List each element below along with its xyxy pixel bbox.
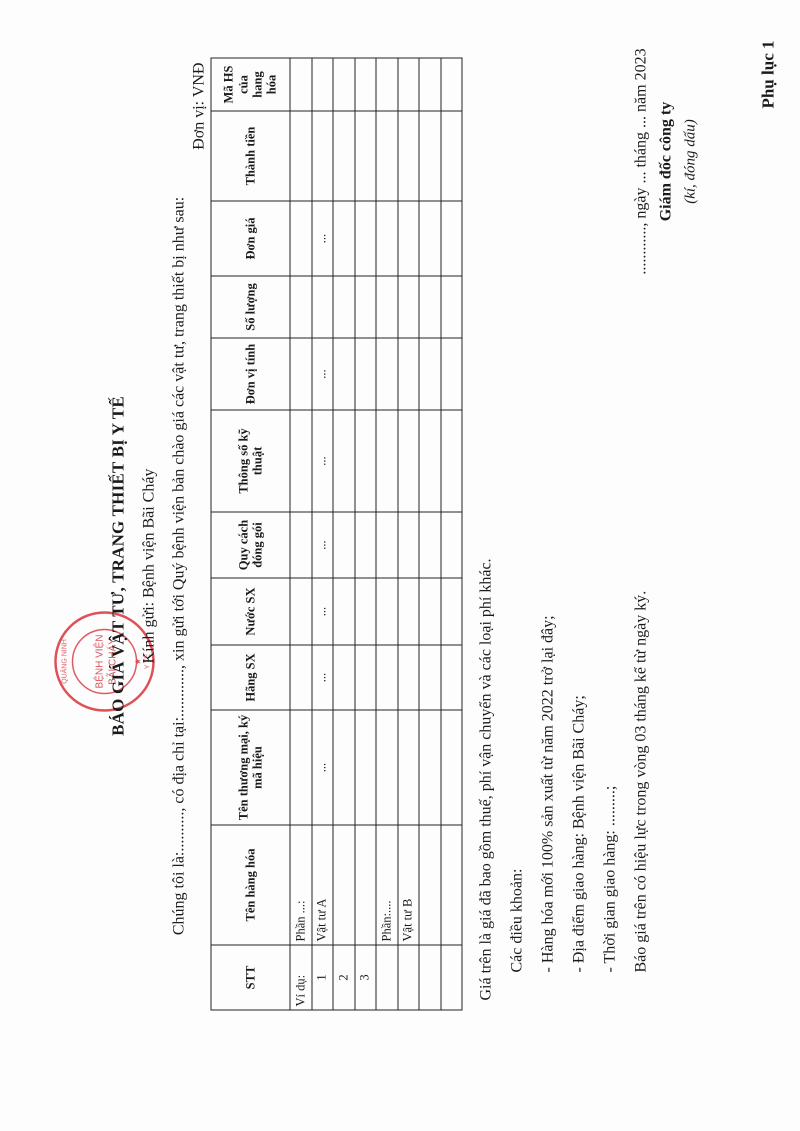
table-cell xyxy=(419,276,441,338)
document-page: BỆNH VIỆN BÃI CHÁY QUẢNG NINH Y TẾ ★ BÁO… xyxy=(0,0,800,1131)
table-cell xyxy=(354,512,376,578)
annex-label: Phụ lục 1 xyxy=(758,40,778,108)
table-cell xyxy=(440,512,462,578)
table-cell: 3 xyxy=(354,945,376,1010)
table-cell xyxy=(354,201,376,276)
table-row: 1Vật tư A..................... xyxy=(311,58,333,1010)
column-header: Tên thương mại, ký mã hiệu xyxy=(211,710,290,825)
table-cell xyxy=(333,338,355,410)
terms-notes: Giá trên là giá đã bao gồm thuế, phí vận… xyxy=(470,558,656,1000)
table-cell: 2 xyxy=(333,945,355,1010)
table-cell xyxy=(440,111,462,201)
table-cell xyxy=(419,338,441,410)
note-price-inclusive: Giá trên là giá đã bao gồm thuế, phí vận… xyxy=(470,558,501,1000)
document-title: BÁO GIÁ VẬT TƯ, TRANG THIẾT BỊ Y TẾ xyxy=(108,0,128,1131)
recipient-line: Kính gửi: Bệnh viện Bãi Cháy xyxy=(140,0,158,1131)
column-header: Đơn giá xyxy=(211,201,290,276)
signature-role: Giám đốc công ty xyxy=(653,11,678,311)
table-cell xyxy=(290,58,312,111)
table-row xyxy=(440,58,462,1010)
table-cell: Ví dụ: xyxy=(290,945,312,1010)
table-cell xyxy=(397,201,419,276)
table-cell xyxy=(333,201,355,276)
table-cell xyxy=(333,645,355,710)
table-cell xyxy=(290,276,312,338)
table-cell xyxy=(376,645,398,710)
table-cell xyxy=(290,201,312,276)
table-cell xyxy=(440,338,462,410)
table-cell xyxy=(290,410,312,512)
column-header: Tên hàng hóa xyxy=(211,825,290,945)
table-cell xyxy=(376,578,398,645)
table-cell xyxy=(333,111,355,201)
table-cell xyxy=(419,201,441,276)
table-cell xyxy=(354,58,376,111)
column-header: Quy cách đóng gói xyxy=(211,512,290,578)
table-cell xyxy=(440,58,462,111)
table-row: Vật tư B xyxy=(397,58,419,1010)
table-cell xyxy=(333,825,355,945)
table-cell xyxy=(376,201,398,276)
table-cell xyxy=(419,825,441,945)
table-cell xyxy=(354,111,376,201)
table-cell xyxy=(333,58,355,111)
table-cell xyxy=(333,578,355,645)
table-cell xyxy=(440,201,462,276)
table-cell xyxy=(354,338,376,410)
table-cell: ... xyxy=(311,578,333,645)
table-cell: Vật tư B xyxy=(397,825,419,945)
column-header: Nước SX xyxy=(211,578,290,645)
column-header: Số lượng xyxy=(211,276,290,338)
table-cell: ... xyxy=(311,645,333,710)
table-cell xyxy=(397,111,419,201)
table-header-row: STTTên hàng hóaTên thương mại, ký mã hiệ… xyxy=(211,58,290,1010)
table-cell xyxy=(440,710,462,825)
table-cell xyxy=(311,276,333,338)
table-cell xyxy=(354,645,376,710)
table-cell xyxy=(290,578,312,645)
svg-text:BỆNH VIỆN: BỆNH VIỆN xyxy=(92,634,105,688)
column-header: Thành tiền xyxy=(211,111,290,201)
table-cell xyxy=(397,645,419,710)
signature-date: ............, ngày ... tháng ... năm 202… xyxy=(628,11,653,311)
table-cell: Phần:.... xyxy=(376,825,398,945)
table-cell xyxy=(376,111,398,201)
table-row xyxy=(419,58,441,1010)
note-delivery-time: - Thời gian giao hàng: .........; xyxy=(594,558,625,1000)
table-cell xyxy=(419,512,441,578)
table-cell xyxy=(376,410,398,512)
table-cell xyxy=(376,512,398,578)
table-cell xyxy=(354,410,376,512)
table-cell xyxy=(290,710,312,825)
table-cell xyxy=(354,578,376,645)
column-header: Thông số kỹ thuật xyxy=(211,410,290,512)
table-cell xyxy=(376,710,398,825)
table-cell xyxy=(376,58,398,111)
table-cell xyxy=(419,410,441,512)
table-cell xyxy=(333,410,355,512)
note-terms-heading: Các điều khoản: xyxy=(501,558,532,1000)
table-row: Ví dụ:Phần ...: xyxy=(290,58,312,1010)
column-header: Hãng SX xyxy=(211,645,290,710)
table-cell xyxy=(290,645,312,710)
table-row: 2 xyxy=(333,58,355,1010)
column-header: Đơn vị tính xyxy=(211,338,290,410)
table-cell xyxy=(376,276,398,338)
intro-line: Chúng tôi là:.........., có địa chỉ tại:… xyxy=(170,0,188,1131)
table-cell xyxy=(419,111,441,201)
table-cell xyxy=(419,645,441,710)
table-cell: ... xyxy=(311,512,333,578)
table-cell: ... xyxy=(311,338,333,410)
table-cell xyxy=(354,276,376,338)
table-cell xyxy=(376,338,398,410)
quotation-table: STTTên hàng hóaTên thương mại, ký mã hiệ… xyxy=(210,57,462,1010)
table-cell xyxy=(397,710,419,825)
table-cell xyxy=(376,945,398,1010)
signature-instruction: (kí, đóng dấu) xyxy=(678,11,703,311)
table-cell xyxy=(397,58,419,111)
table-cell xyxy=(440,645,462,710)
table-cell xyxy=(354,710,376,825)
currency-unit: Đơn vị: VNĐ xyxy=(190,62,208,149)
table-cell xyxy=(397,512,419,578)
table-cell: ... xyxy=(311,710,333,825)
table-cell: Phần ...: xyxy=(290,825,312,945)
table-cell xyxy=(419,58,441,111)
note-delivery-place: - Địa điểm giao hàng: Bệnh viện Bãi Cháy… xyxy=(563,558,594,1000)
table-cell xyxy=(354,825,376,945)
note-validity: Báo giá trên có hiệu lực trong vòng 03 t… xyxy=(625,558,656,1000)
table-cell xyxy=(311,58,333,111)
signature-block: ............, ngày ... tháng ... năm 202… xyxy=(628,11,703,311)
table-cell xyxy=(419,578,441,645)
table-cell xyxy=(290,338,312,410)
table-cell xyxy=(419,710,441,825)
table-cell xyxy=(333,710,355,825)
table-cell xyxy=(440,825,462,945)
table-cell xyxy=(333,512,355,578)
table-cell xyxy=(397,578,419,645)
table-row: Phần:.... xyxy=(376,58,398,1010)
note-new-goods: - Hàng hóa mới 100% sản xuất từ năm 2022… xyxy=(532,558,563,1000)
table-cell xyxy=(333,276,355,338)
table-cell xyxy=(440,276,462,338)
column-header: STT xyxy=(211,945,290,1010)
column-header: Mã HS của hang hóa xyxy=(211,58,290,111)
table-cell xyxy=(397,338,419,410)
table-cell xyxy=(290,512,312,578)
table-cell xyxy=(440,945,462,1010)
table-cell xyxy=(290,111,312,201)
table-cell: 1 xyxy=(311,945,333,1010)
table-cell: ... xyxy=(311,410,333,512)
table-cell: Vật tư A xyxy=(311,825,333,945)
table-cell xyxy=(440,410,462,512)
table-row: 3 xyxy=(354,58,376,1010)
table-cell xyxy=(397,945,419,1010)
svg-text:QUẢNG NINH: QUẢNG NINH xyxy=(59,639,68,684)
table-cell xyxy=(311,111,333,201)
rotated-content: BỆNH VIỆN BÃI CHÁY QUẢNG NINH Y TẾ ★ BÁO… xyxy=(0,0,800,1131)
table-cell xyxy=(419,945,441,1010)
table-cell xyxy=(397,276,419,338)
table-cell xyxy=(397,410,419,512)
table-cell xyxy=(440,578,462,645)
table-cell: ... xyxy=(311,201,333,276)
